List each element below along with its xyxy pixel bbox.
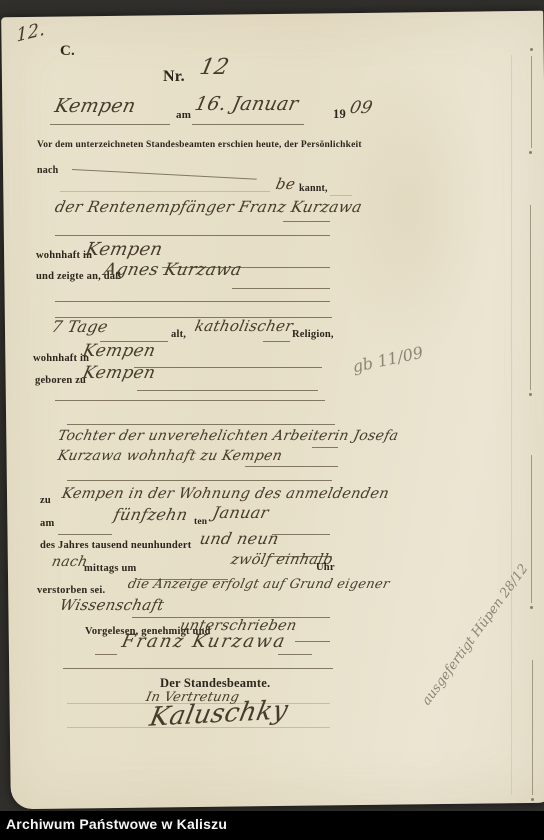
- binding-stitch-thread: [531, 56, 532, 148]
- rule-line: [137, 390, 318, 391]
- nach-label: nach: [37, 166, 58, 176]
- verstorben-label: verstorben sei.: [37, 586, 105, 597]
- archival-scan: 12. C. Nr. 12 Kempen am 16. Januar 19 09…: [0, 0, 544, 840]
- dateline-date: 16. Januar: [193, 95, 300, 114]
- deceased-name: Agnes Kurzawa: [102, 262, 243, 279]
- rule-line: [312, 447, 338, 448]
- rule-line: [63, 668, 333, 669]
- rule-line: [295, 641, 330, 642]
- dateline-am-label: am: [176, 110, 191, 121]
- birthplace-value: Kempen: [81, 365, 157, 382]
- kannt-label: kannt,: [299, 184, 328, 194]
- rule-line: [283, 221, 330, 222]
- rule-line: [232, 288, 330, 289]
- jahres-label: des Jahres tausend neunhundert: [40, 541, 191, 552]
- am2-label: am: [40, 519, 54, 530]
- parentage-line2: Kurzawa wohnhaft zu Kempen: [57, 449, 284, 463]
- binding-stitch-thread: [530, 205, 531, 390]
- be-handwritten: be: [274, 177, 296, 192]
- uhr-label: Uhr: [316, 563, 335, 574]
- rule-line: [55, 301, 330, 302]
- rule-line: [245, 466, 338, 467]
- rule-line: [272, 534, 330, 535]
- knowledge-line2: Wissenschaft: [58, 598, 165, 613]
- binding-stitch-dot: [529, 151, 532, 154]
- residence1-value: Kempen: [84, 241, 164, 259]
- alt-label: alt,: [171, 330, 186, 341]
- religion-value: katholischer: [193, 319, 294, 334]
- rule-line: [55, 400, 325, 401]
- record-number-label: Nr.: [163, 69, 185, 85]
- dateline-place: Kempen: [53, 97, 137, 116]
- page-fold-crease: [511, 55, 513, 795]
- parentage-line1: Tochter der unverehelichten Arbeiterin J…: [57, 429, 400, 443]
- rule-line: [95, 654, 117, 655]
- rule-line: [192, 124, 304, 125]
- residence2-value: Kempen: [81, 343, 157, 360]
- religion-label: Religion,: [292, 330, 334, 341]
- dateline-year-printed: 19: [333, 108, 346, 121]
- archive-watermark-bar: Archiwum Państwowe w Kaliszu: [0, 811, 544, 840]
- archive-name-label: Archiwum Państwowe w Kaliszu: [6, 816, 227, 832]
- dateline-year-written: 09: [348, 100, 374, 117]
- rule-line: [67, 480, 332, 481]
- rule-line: [50, 124, 170, 125]
- mittags-label: mittags um: [84, 564, 136, 575]
- record-number-value: 12: [198, 57, 231, 79]
- rule-line-faint: [330, 195, 352, 196]
- death-day-value: fünfzehn: [112, 507, 189, 523]
- registrar-heading: Der Standesbeamte.: [160, 677, 270, 690]
- binding-stitch-thread: [532, 660, 533, 795]
- section-letter: C.: [60, 44, 75, 59]
- death-year-value: und neun: [198, 531, 280, 547]
- binding-stitch-dot: [529, 393, 532, 396]
- intro-printed-line: Vor dem unterzeichneten Standesbeamten e…: [37, 141, 362, 151]
- rule-line: [263, 341, 290, 342]
- registrar-signature: Kaluschky: [148, 697, 291, 731]
- rule-line: [58, 534, 112, 535]
- death-month-value: Januar: [211, 505, 270, 521]
- declarant-line: der Rentenempfänger Franz Kurzawa: [53, 200, 363, 216]
- geboren-label: geboren zu: [35, 376, 86, 387]
- rule-line-faint: [67, 727, 330, 728]
- binding-stitch-dot: [530, 606, 533, 609]
- register-page: [1, 11, 544, 810]
- rule-line: [134, 367, 322, 368]
- death-place-line: Kempen in der Wohnung des anmeldenden: [60, 487, 390, 502]
- age-value: 7 Tage: [50, 319, 109, 335]
- binding-stitch-dot: [530, 48, 533, 51]
- zu-label: zu: [40, 496, 51, 507]
- binding-stitch-thread: [531, 455, 532, 603]
- rule-line: [55, 235, 330, 236]
- knowledge-line1: die Anzeige erfolgt auf Grund eigener: [127, 578, 391, 591]
- rule-line-faint: [60, 191, 270, 192]
- ten-suffix-label: ten: [194, 518, 207, 528]
- rule-line: [67, 424, 335, 425]
- binding-stitch-dot: [531, 798, 534, 801]
- rule-line: [278, 654, 312, 655]
- declarant-signature: Franz Kurzawa: [120, 633, 288, 651]
